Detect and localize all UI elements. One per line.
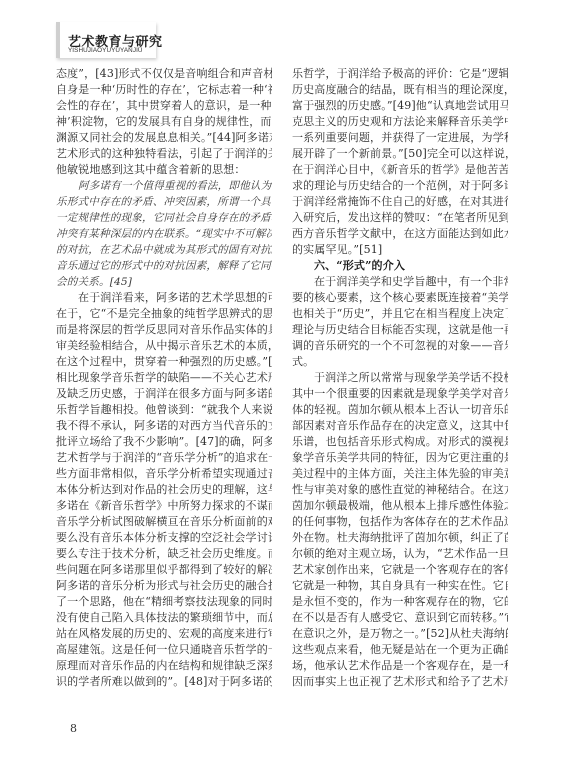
section-heading: 六、“形式”的介入 [292,258,508,274]
paragraph-analysis: 在于润洋看来，阿多诺的艺术学思想的可贵 在于，它“不是完全抽象的纯哲学思辨式的思… [56,290,272,690]
text-line: 的任何事物，包括作为客体存在的艺术作品这个 [292,514,508,530]
text-line: 原理而对音乐作品的内在结构和规律缺乏深刻认 [56,658,272,674]
text-line: 也相关于“历史”，并且它在相当程度上决定了 [292,306,508,322]
page-number: 8 [70,722,77,735]
text-line: 要的核心要素，这个核心要素既连接着“美学”， [292,290,508,306]
text-line: 审美经验相结合，从中揭示音乐艺术的本质，而 [56,338,272,354]
text-line: 是永恒不变的，作为一种客观存在的物，它的存 [292,594,508,610]
text-line: 乐谱，也包括音乐形式构成。对形式的漠视是现 [292,434,508,450]
text-line: 批评立场给了我不少影响”。[47]的确，阿多诺 [56,434,272,450]
text-line: 理论与历史结合目标能否实现，这就是他一再强 [292,322,508,338]
text-line: 这些观点来看，他无疑是站在一个更为正确的立 [292,642,508,658]
text-line: 我不得不承认，阿多诺的对西方当代音乐的文化 [56,418,272,434]
text-line: 些方面非常相似，音乐学分析希望实现通过音乐 [56,466,272,482]
text-line: 体的轻视。茵加尔顿从根本上否认一切音乐的外 [292,402,508,418]
quote-line: 乐形式中存在的矛盾、冲突因素，所谓一个具有 [56,194,272,210]
quote-line: 一定规律性的现象，它同社会自身存在的矛盾、 [56,210,272,226]
text-line: 识的学者所难以做到的”。[48]对于阿多诺的音 [56,674,272,690]
text-line: 站在风格发展的历史的、宏观的高度来进行审视， [56,626,272,642]
text-line: 神’积淀物，它的发展具有自身的规律性，而其 [56,114,272,130]
text-line: 茵加尔顿最极端，他从根本上排斥感性体验之外 [292,498,508,514]
text-line: 式。 [292,354,508,370]
text-line: 在意识之外，是万物之一。”[52]从杜夫海纳的 [292,626,508,642]
text-line: 在于润洋心目中，《新音乐的哲学》是他苦苦追 [292,162,508,178]
text-line: 它就是一种物，其自身具有一种实在性。它自身 [292,578,508,594]
quote-line: 音乐通过它的形式中的对抗因素，解释了它同社 [56,258,272,274]
text-line: 阿多诺的音乐分析为形式与社会历史的融合提供 [56,578,272,594]
text-line: 在于，它“不是完全抽象的纯哲学思辨式的思考， [56,306,272,322]
text-line: 会性的存在’，其中贯穿着人的意识，是一种‘精 [56,98,272,114]
text-line: 乐哲学旨趣相投。他曾谈到：“就我个人来说， [56,402,272,418]
block-quote: 阿多诺有一个值得重视的看法，即他认为音 乐形式中存在的矛盾、冲突因素，所谓一个具… [56,178,272,290]
text-line: 态度”，[43]形式不仅仅是音响组合和声音材料，“它 [56,66,272,82]
text-line: 没有使自己陷入具体技法的繁琐细节中，而总是 [56,610,272,626]
text-line: 象学音乐美学共同的特征，因为它更注重的是审 [292,450,508,466]
text-line: 场，他承认艺术作品是一个客观存在，是一种物， [292,658,508,674]
quote-line: 冲突有某种深层的内在联系。“现实中不可解决 [56,226,272,242]
text-line: 富于强烈的历史感。”[49]他“认真地尝试用马 [292,98,508,114]
text-line: 其中一个很重要的因素就是现象学美学对音乐客 [292,386,508,402]
text-line: 于润洋之所以常常与现象学美学话不投机， [292,370,508,386]
text-line: 部因素对音乐作品存在的决定意义，这其中包括 [292,418,508,434]
text-line: 艺术形式的这种独特看法，引起了于润洋的关注， [56,146,272,162]
left-column: 态度”，[43]形式不仅仅是音响组合和声音材料，“它 自身是一种‘历时性的存在’… [56,66,272,690]
quote-line: 阿多诺有一个值得重视的看法，即他认为音 [56,178,272,194]
paragraph-phenomenology: 于润洋之所以常常与现象学美学话不投机， 其中一个很重要的因素就是现象学美学对音乐… [292,370,508,690]
journal-pinyin: YISHUJIAOYUYUYANJIU [68,47,143,54]
text-line: 尔顿的绝对主观立场，认为，“艺术作品一旦由 [292,546,508,562]
paragraph-form-core: 在于润洋美学和史学旨趣中，有一个非常重 要的核心要素，这个核心要素既连接着“美学… [292,274,508,370]
text-line: 求的理论与历史结合的一个范例，对于阿多诺， [292,178,508,194]
text-line: 入研究后，发出这样的赞叹：“在笔者所见到的 [292,210,508,226]
text-line: 克思主义的历史观和方法论来解释音乐美学中的 [292,114,508,130]
text-line: 音乐学分析试图破解横亘在音乐分析面前的难题： [56,514,272,530]
quote-line: 的对抗，在艺术品中就成为其形式的固有对抗。” [56,242,272,258]
text-line: 调的音乐研究的一个不可忽视的对象——音乐形 [292,338,508,354]
text-line: 高屋建瓴。这是任何一位只通晓音乐哲学的一般 [56,642,272,658]
text-line: 因而事实上也正视了艺术形式和给予了艺术形式 [292,674,508,690]
text-line: 外在物。杜夫海纳批评了茵加尔顿，纠正了茵加 [292,530,508,546]
text-line: 艺术哲学与于润洋的“音乐学分析”的追求在一 [56,450,272,466]
text-line: 在这个过程中，贯穿着一种强烈的历史感。”[46] [56,354,272,370]
quote-line: 会的关系。[45] [56,274,272,290]
text-line: 相比现象学音乐哲学的缺陷——不关心艺术形式 [56,370,272,386]
text-line: 多诺在《新音乐哲学》中所努力探求的不谋而合。 [56,498,272,514]
text-line: 美过程中的主体方面，关注主体先验的审美意向 [292,466,508,482]
text-line: 一系列重要问题，并获得了一定进展，为学科发 [292,130,508,146]
paragraph-continuation: 乐哲学，于润洋给予极高的评价：它是“逻辑与 历史高度融合的结晶，既有相当的理论深… [292,66,508,258]
journal-header: 艺术教育与研究 YISHUJIAOYUYUYANJIU [56,22,156,58]
text-line: 西方音乐哲学文献中，在这方面能达到如此水平 [292,226,508,242]
text-line: 要么专注于技术分析，缺乏社会历史维度。而这 [56,546,272,562]
text-line: 的实属罕见。”[51] [292,242,508,258]
text-line: 他敏锐地感到这其中蕴含着新的思想： [56,162,272,178]
text-line: 性与审美对象的感性直觉的神秘结合。在这方面 [292,482,508,498]
text-line: 在不以是否有人感受它、意识到它而转移。”它“处 [292,610,508,626]
text-line: 在于润洋看来，阿多诺的艺术学思想的可贵 [56,290,272,306]
text-line: 历史高度融合的结晶，既有相当的理论深度，又 [292,82,508,98]
text-line: 渊源又同社会的发展息息相关。”[44]阿多诺对 [56,130,272,146]
text-line: 了一个思路，他在“精细考察技法现象的同时， [56,594,272,610]
right-column: 乐哲学，于润洋给予极高的评价：它是“逻辑与 历史高度融合的结晶，既有相当的理论深… [292,66,508,690]
text-line: 些问题在阿多诺那里似乎都得到了较好的解决。 [56,562,272,578]
text-line: 本体分析达到对作品的社会历史的理解，这与阿 [56,482,272,498]
text-line: 乐哲学，于润洋给予极高的评价：它是“逻辑与 [292,66,508,82]
text-line: 于润洋经常掩饰不住自己的好感，在对其进行深 [292,194,508,210]
text-line: 而是将深层的哲学反思同对音乐作品实体的具体 [56,322,272,338]
paragraph-intro: 态度”，[43]形式不仅仅是音响组合和声音材料，“它 自身是一种‘历时性的存在’… [56,66,272,178]
text-line: 艺术家创作出来，它就是一个客观存在的客体， [292,562,508,578]
text-line: 及缺乏历史感，于润洋在很多方面与阿多诺的音 [56,386,272,402]
text-line: 要么没有音乐本体分析支撑的空泛社会学讨论； [56,530,272,546]
text-line: 自身是一种‘历时性的存在’，它标志着一种‘社 [56,82,272,98]
text-line: 在于润洋美学和史学旨趣中，有一个非常重 [292,274,508,290]
text-line: 展开辟了一个新前景。”[50]完全可以这样说， [292,146,508,162]
